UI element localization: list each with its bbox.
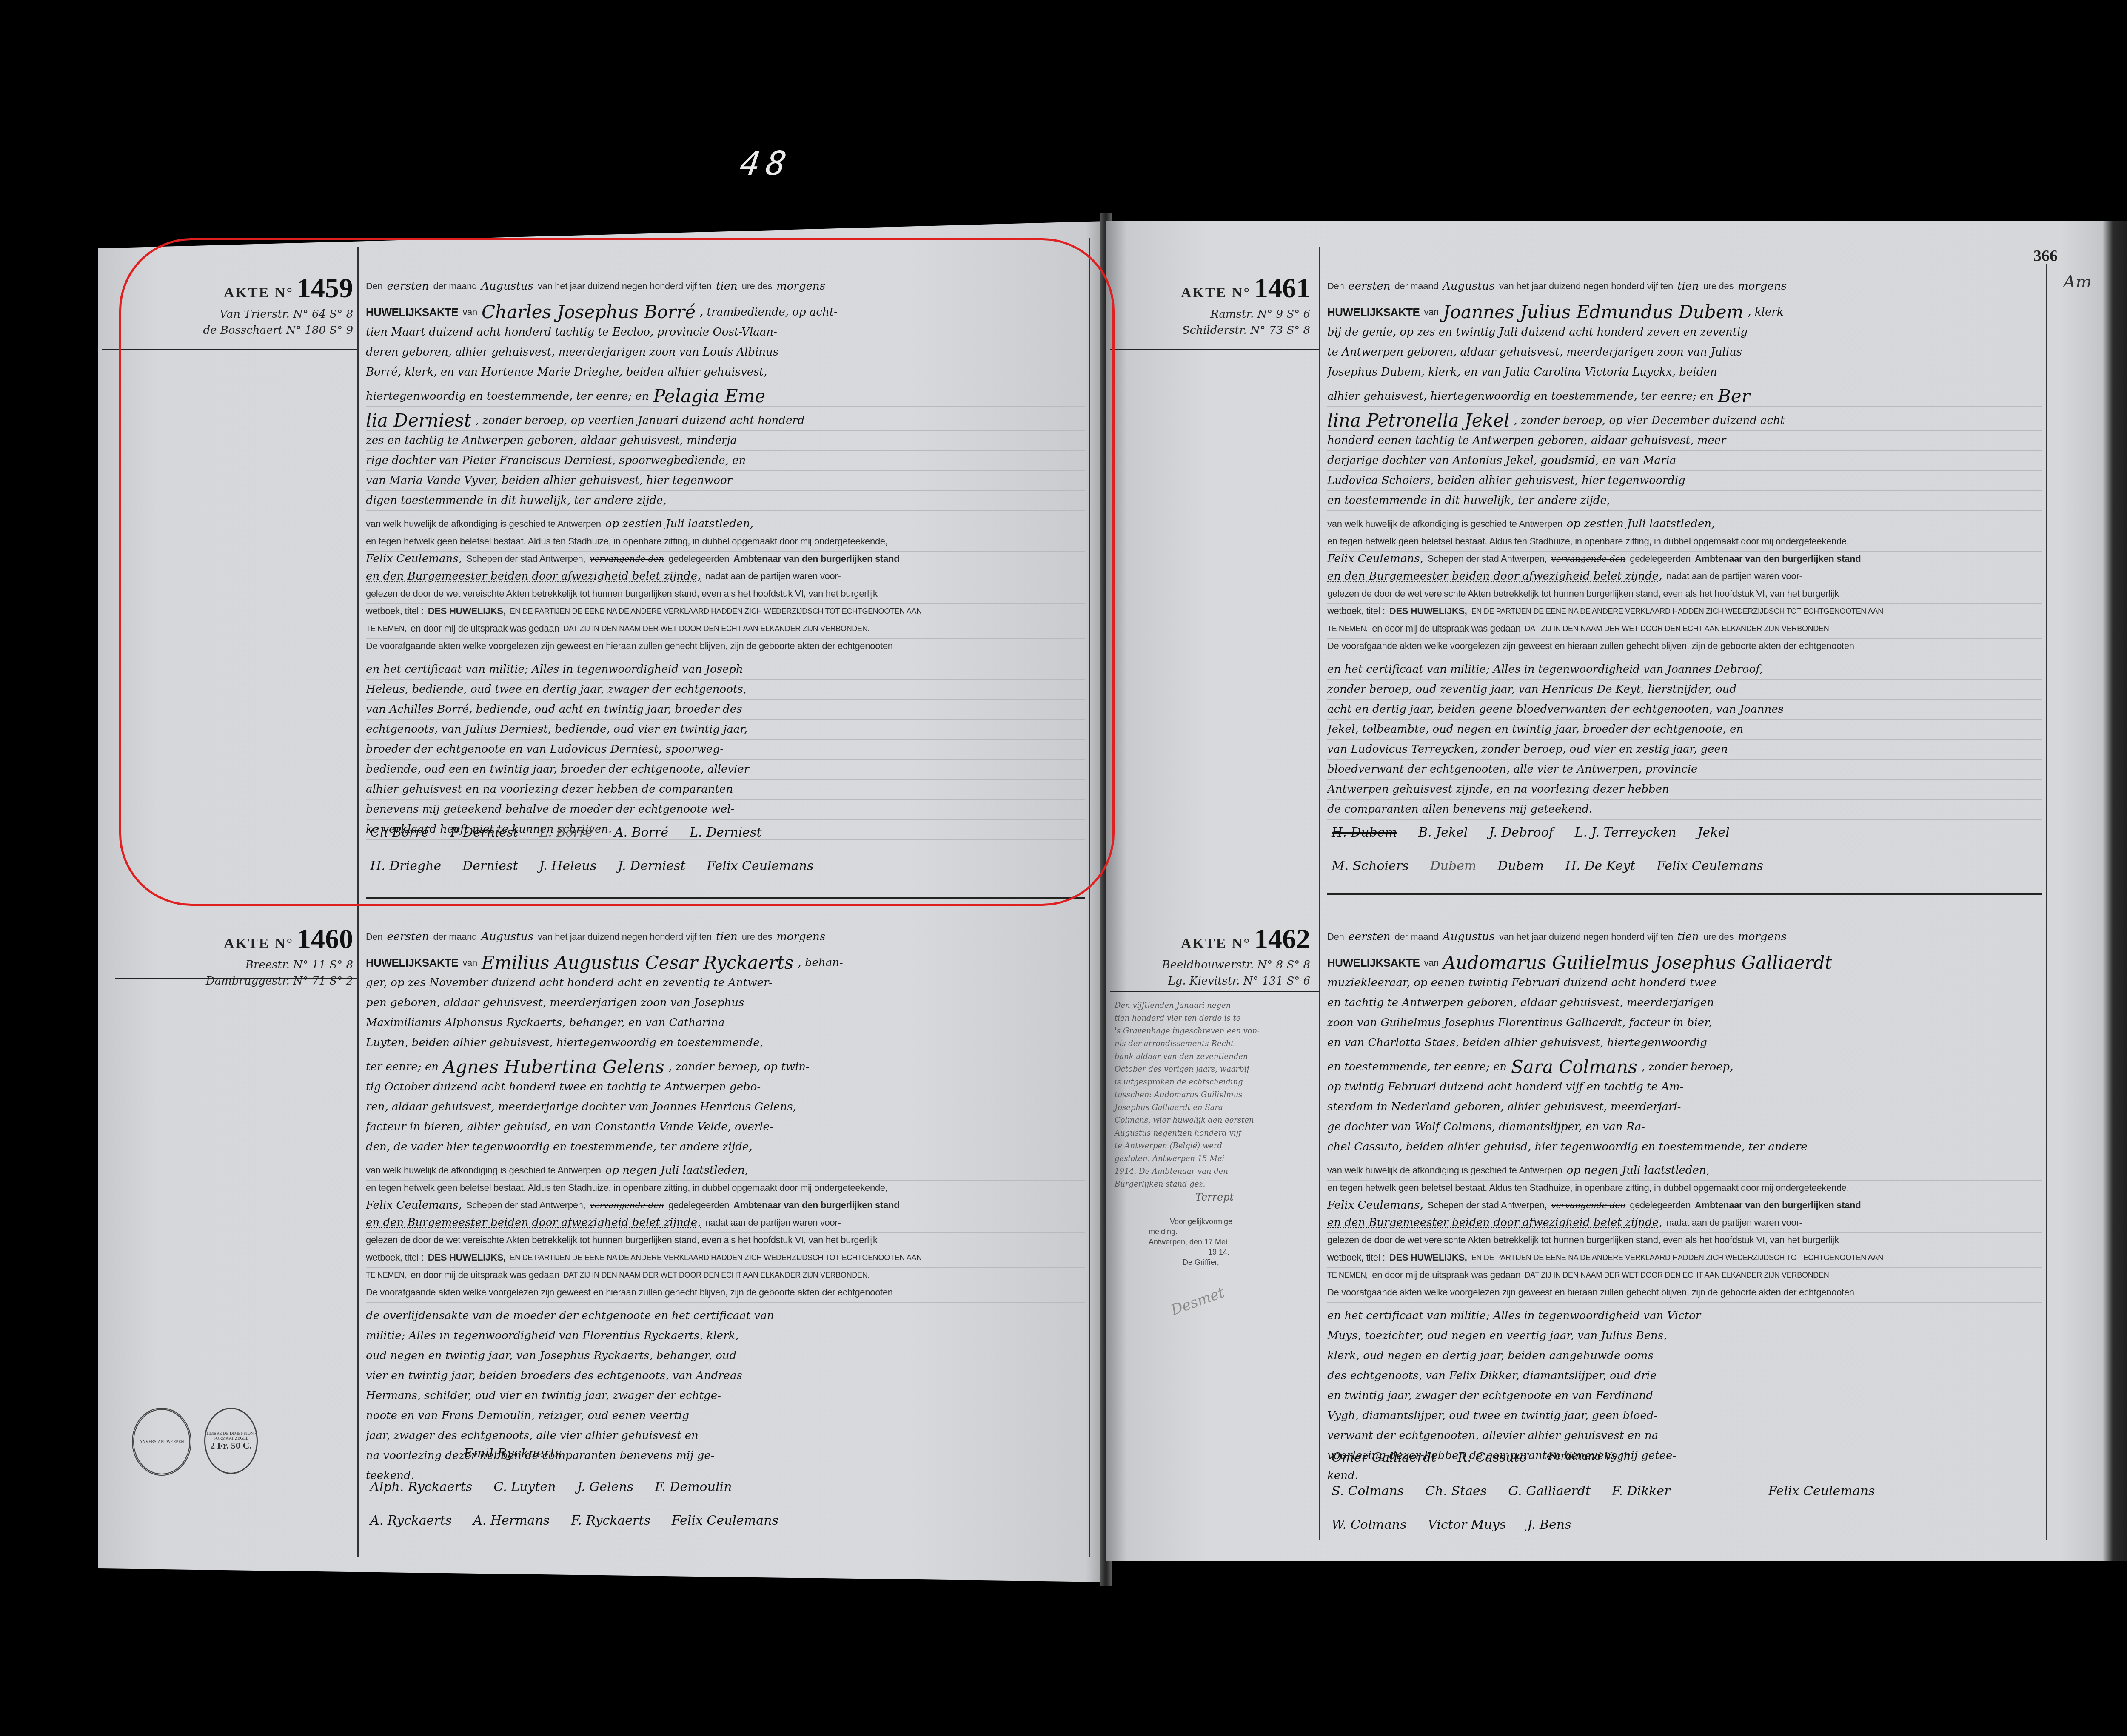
printed-text: ure des <box>742 927 772 947</box>
signature: Felix Ceulemans <box>1657 859 1763 874</box>
printed-line: De voorafgaande akten welke voorgelezen … <box>366 639 1085 656</box>
printed-text: en tegen hetwelk geen beletsel bestaat. … <box>1327 534 1849 551</box>
annotation-line: te Antwerpen (België) werd <box>1115 1140 1314 1153</box>
printed-line: TE NEMEN, en door mij de uitspraak was g… <box>1327 621 2042 639</box>
act-title: HUWELIJKSAKTE <box>366 953 458 973</box>
struck-text: vervangende den <box>1551 1198 1625 1215</box>
hw-line: derjarige dochter van Antonius Jekel, go… <box>1327 451 2042 471</box>
date-line: Den eersten der maand Augustus van het j… <box>1327 927 2042 947</box>
printed-line: en tegen hetwelk geen beletsel bestaat. … <box>1327 534 2042 552</box>
printed-text: der maand <box>433 927 477 947</box>
hw-line: deren geboren, alhier gehuisvest, meerde… <box>366 342 1085 362</box>
printed-line: wetboek, titel : DES HUWELIJKS, EN DE PA… <box>366 604 1085 621</box>
act-text: Den eersten der maand Augustus van het j… <box>366 927 1085 1486</box>
act-title: HUWELIJKSAKTE <box>1327 953 1420 973</box>
printed-line: en tegen hetwelk geen beletsel bestaat. … <box>366 1181 1085 1198</box>
hw-line: tien Maart duizend acht honderd tachtig … <box>366 322 1085 342</box>
printed-caps-text: DAT ZIJ IN DEN NAAM DER WET DOOR DEN ECH… <box>563 621 870 638</box>
handwritten-text: honderd eenen tachtig te Antwerpen gebor… <box>1327 431 1730 450</box>
address-line: Schilderstr. N° 73 S° 8 <box>1115 324 1310 337</box>
printed-caps-text: TE NEMEN, <box>1327 621 1368 638</box>
griffier-signature: Desmet <box>1169 1284 1227 1319</box>
bride-name: Sara Colmans <box>1511 1057 1637 1077</box>
handwritten-text: op zestien Juli laatstleden, <box>605 517 754 534</box>
handwritten-text: broeder der echtgenoote en van Ludovicus… <box>366 740 724 759</box>
annotation-line: is uitgesproken de echtscheiding <box>1115 1076 1314 1089</box>
tax-stamp: TIMBRE DE DIMENSION · FORMAAT ZEGEL 2 Fr… <box>204 1408 258 1474</box>
signature: Ch. Staes <box>1425 1484 1487 1499</box>
handwritten-text: noote en van Frans Demoulin, reiziger, o… <box>366 1406 689 1426</box>
printed-line: Felix Ceulemans, Schepen der stad Antwer… <box>1327 552 2042 569</box>
handwritten-text: ger, op zes November duizend acht honder… <box>366 973 773 993</box>
handwritten-period: morgens <box>1738 927 1787 947</box>
signature: L. Borré <box>539 825 593 840</box>
hw-line: alhier gehuisvest en na voorlezing dezer… <box>366 780 1085 800</box>
struck-text: vervangende den <box>1551 552 1625 569</box>
hw-line: ren, aldaar gehuisvest, meerderjarige do… <box>366 1097 1085 1117</box>
act-entry-1459: AKTE N°1459 Van Trierstr. N° 64 S° 8 de … <box>98 221 1106 902</box>
hw-line: de overlijdensakte van de moeder der ech… <box>366 1306 1085 1326</box>
hw-line: Josephus Dubem, klerk, en van Julia Caro… <box>1327 362 2042 382</box>
signature: Ferdinand Vygh <box>1548 1450 1630 1465</box>
printed-text: en door mij de uitspraak was gedaan <box>1372 1268 1520 1285</box>
handwritten-text: Borré, klerk, en van Hortence Marie Drie… <box>366 362 767 382</box>
handwritten-text: de comparanten allen benevens mij geteek… <box>1327 800 1592 819</box>
act-entry-1462: AKTE N°1462 Beeldhouwerstr. N° 8 S° 8 Lg… <box>1106 919 2127 1557</box>
handwritten-text: en van Charlotta Staes, beiden alhier ge… <box>1327 1033 1707 1053</box>
hw-line: broeder der echtgenoote en van Ludovicus… <box>366 740 1085 760</box>
hw-line: digen toestemmende in dit huwelijk, ter … <box>366 491 1085 511</box>
printed-text: wetboek, titel : <box>366 1250 424 1267</box>
register-book: AKTE N°1459 Van Trierstr. N° 64 S° 8 de … <box>85 213 2127 1599</box>
printed-line: Felix Ceulemans, Schepen der stad Antwer… <box>366 552 1085 569</box>
handwritten-text: klerk, oud negen en dertig jaar, beiden … <box>1327 1346 1654 1366</box>
handwritten-text: derjarige dochter van Antonius Jekel, go… <box>1327 451 1676 470</box>
handwritten-hour: tien <box>1677 276 1699 296</box>
printed-text: De voorafgaande akten welke voorgelezen … <box>1327 1285 1854 1302</box>
printed-text: van <box>1424 953 1439 973</box>
hw-line: oud negen en twintig jaar, van Josephus … <box>366 1346 1085 1366</box>
hw-line: lia Derniest , zonder beroep, op veertie… <box>366 407 1085 431</box>
hw-line: lina Petronella Jekel , zonder beroep, o… <box>1327 407 2042 431</box>
printed-text: en door mij de uitspraak was gedaan <box>411 1268 559 1285</box>
officer-name: Felix Ceulemans, <box>366 552 462 569</box>
akte-label: AKTE N° <box>224 285 294 301</box>
printed-text: der maand <box>1395 276 1438 296</box>
handwritten-text: Maximilianus Alphonsus Ryckaerts, behang… <box>366 1013 724 1033</box>
handwritten-text: deren geboren, alhier gehuisvest, meerde… <box>366 342 778 362</box>
handwritten-text: op negen Juli laatstleden, <box>1567 1163 1710 1180</box>
signature: C. Luyten <box>493 1480 556 1494</box>
handwritten-text: ge dochter van Wolf Colmans, diamantslij… <box>1327 1117 1645 1137</box>
title-line: HUWELIJKSAKTE van Charles Josephus Borré… <box>366 296 1085 322</box>
akte-label: AKTE N° <box>1181 285 1251 301</box>
hw-line: echtgenoots, van Julius Derniest, bedien… <box>366 720 1085 740</box>
annotation-line: gesloten. Antwerpen 15 Mei <box>1115 1153 1314 1165</box>
printed-line: en den Burgemeester beiden door afwezigh… <box>366 1215 1085 1233</box>
handwritten-text: rige dochter van Pieter Franciscus Derni… <box>366 451 746 470</box>
act-end-rule <box>366 897 1085 899</box>
griffier-stamp: Voor gelijkvormige melding. Antwerpen, d… <box>1149 1216 1276 1267</box>
printed-text: nadat aan de partijen waren voor- <box>1666 569 1802 586</box>
handwritten-text: Heleus, bediende, oud twee en dertig jaa… <box>366 680 747 699</box>
printed-text: De voorafgaande akten welke voorgelezen … <box>366 639 893 656</box>
handwritten-text: Vygh, diamantslijper, oud twee en twinti… <box>1327 1406 1657 1426</box>
frame-counter: 48 <box>738 145 795 183</box>
printed-line: De voorafgaande akten welke voorgelezen … <box>1327 1285 2042 1303</box>
signature: B. Jekel <box>1418 825 1468 840</box>
handwritten-day: eersten <box>1348 927 1390 947</box>
handwritten-text: digen toestemmende in dit huwelijk, ter … <box>366 491 667 510</box>
address-line: de Bosschaert N° 180 S° 9 <box>149 324 353 337</box>
seal-text: TIMBRE DE DIMENSION · FORMAAT ZEGEL <box>205 1431 257 1441</box>
printed-bold-text: Ambtenaar van den burgerlijken stand <box>1695 553 1861 564</box>
printed-text: Schepen der stad Antwerpen, <box>1428 552 1547 569</box>
signature: F. Dikker <box>1612 1484 1670 1499</box>
printed-text: van het jaar duizend negen honderd vijf … <box>1499 927 1673 947</box>
date-line: Den eersten der maand Augustus van het j… <box>1327 276 2042 296</box>
hw-line: Maximilianus Alphonsus Ryckaerts, behang… <box>366 1013 1085 1033</box>
hw-line: jaar, zwager des echtgenoots, alle vier … <box>366 1426 1085 1446</box>
date-line: Den eersten der maand Augustus van het j… <box>366 276 1085 296</box>
handwritten-text: zes en tachtig te Antwerpen geboren, ald… <box>366 431 741 450</box>
groom-name: Joannes Julius Edmundus Dubem <box>1443 302 1743 322</box>
handwritten-period: morgens <box>1738 276 1787 296</box>
printed-line: gelezen de door de wet vereischte Akten … <box>1327 586 2042 604</box>
hw-line: bediende, oud een en twintig jaar, broed… <box>366 760 1085 780</box>
handwritten-text: muziekleeraar, op eenen twintig Februari… <box>1327 973 1716 993</box>
printed-line: wetboek, titel : DES HUWELIJKS, EN DE PA… <box>1327 604 2042 621</box>
printed-caps-text: EN DE PARTIJEN DE EENE NA DE ANDERE VERK… <box>510 604 922 621</box>
act-entry-1461: AKTE N°1461 Ramstr. N° 9 S° 6 Schilderst… <box>1106 221 2127 902</box>
hw-line: vier en twintig jaar, beiden broeders de… <box>366 1366 1085 1386</box>
handwritten-text: en toestemmende in dit huwelijk, ter and… <box>1327 491 1610 510</box>
signature: R. Cassuto <box>1458 1450 1527 1465</box>
signature: Felix Ceulemans <box>672 1513 778 1528</box>
hw-line: en van Charlotta Staes, beiden alhier ge… <box>1327 1033 2042 1053</box>
printed-caps-text: DAT ZIJ IN DEN NAAM DER WET DOOR DEN ECH… <box>1525 621 1831 638</box>
printed-text: Schepen der stad Antwerpen, <box>1428 1198 1547 1215</box>
hw-line: noote en van Frans Demoulin, reiziger, o… <box>366 1406 1085 1426</box>
act-header: AKTE N°1462 Beeldhouwerstr. N° 8 S° 8 Lg… <box>1115 923 1310 988</box>
signature-block: Omer Galliaerdt R. Cassuto Ferdinand Vyg… <box>1332 1450 2033 1532</box>
handwritten-text: , klerk <box>1748 302 1783 322</box>
hw-line: Heleus, bediende, oud twee en dertig jaa… <box>366 680 1085 700</box>
hw-line: honderd eenen tachtig te Antwerpen gebor… <box>1327 431 2042 451</box>
hw-line: zes en tachtig te Antwerpen geboren, ald… <box>366 431 1085 451</box>
handwritten-text: en tachtig te Antwerpen geboren, aldaar … <box>1327 993 1714 1013</box>
printed-text: nadat aan de partijen waren voor- <box>1666 1215 1802 1232</box>
signature: J. Gelens <box>577 1480 634 1494</box>
printed-line: TE NEMEN, en door mij de uitspraak was g… <box>1327 1268 2042 1285</box>
handwritten-text: van Ludovicus Terreycken, zonder beroep,… <box>1327 740 1728 759</box>
handwritten-text: , trambediende, op acht- <box>700 302 838 322</box>
margin-annotation: Den vijftienden Januari negen tien honde… <box>1115 999 1314 1204</box>
printed-text: der maand <box>433 276 477 296</box>
address-line: Dambruggestr. N° 71 S° 2 <box>149 975 353 988</box>
bride-name: Pelagia Eme <box>653 387 765 406</box>
handwritten-text: zonder beroep, oud zeventig jaar, van He… <box>1327 680 1736 699</box>
annotation-line: tien honderd vier ten derde is te <box>1115 1012 1314 1025</box>
hw-line: de comparanten allen benevens mij geteek… <box>1327 800 2042 820</box>
printed-line: Felix Ceulemans, Schepen der stad Antwer… <box>366 1198 1085 1215</box>
handwritten-text: den, de vader hier tegenwoordig en toest… <box>366 1137 752 1157</box>
signature: Felix Ceulemans <box>1768 1484 1875 1499</box>
akte-number: 1460 <box>297 923 353 954</box>
address-line: Lg. Kievitstr. N° 131 S° 6 <box>1115 975 1310 988</box>
title-line: HUWELIJKSAKTE van Joannes Julius Edmundu… <box>1327 296 2042 322</box>
printed-text: nadat aan de partijen waren voor- <box>705 569 841 586</box>
akte-label: AKTE N° <box>1181 936 1251 951</box>
printed-text: van het jaar duizend negen honderd vijf … <box>1499 276 1673 296</box>
signature: A. Borré <box>614 825 668 840</box>
handwritten-text: oud negen en twintig jaar, van Josephus … <box>366 1346 736 1366</box>
municipal-seal-stamp: ANVERS-ANTWERPEN <box>132 1408 191 1476</box>
bride-name-cont: lina Petronella Jekel <box>1327 411 1509 430</box>
handwritten-text: en den Burgemeester beiden door afwezigh… <box>1327 569 1662 586</box>
printed-text: van welk huwelijk de afkondiging is gesc… <box>366 1163 601 1180</box>
hw-line: op twintig Februari duizend acht honderd… <box>1327 1077 2042 1097</box>
title-line: HUWELIJKSAKTE van Emilius Augustus Cesar… <box>366 947 1085 973</box>
officer-name: Felix Ceulemans, <box>1327 552 1423 569</box>
hw-line: en het certificaat van militie; Alles in… <box>366 660 1085 680</box>
handwritten-period: morgens <box>776 927 825 947</box>
printed-line: De voorafgaande akten welke voorgelezen … <box>1327 639 2042 656</box>
annotation-line: nis der arrondissements-Recht- <box>1115 1038 1314 1050</box>
handwritten-text: te Antwerpen geboren, aldaar gehuisvest,… <box>1327 342 1742 362</box>
struck-text: vervangende den <box>590 1198 664 1215</box>
printed-line: Felix Ceulemans, Schepen der stad Antwer… <box>1327 1198 2042 1215</box>
printed-bold-text: Ambtenaar van den burgerlijken stand <box>1695 1200 1861 1210</box>
hw-line: pen geboren, aldaar gehuisvest, meerderj… <box>366 993 1085 1013</box>
officer-name: Felix Ceulemans, <box>366 1198 462 1215</box>
hw-line: zoon van Guilielmus Josephus Florentinus… <box>1327 1013 2042 1033</box>
handwritten-month: Augustus <box>1443 927 1495 947</box>
signature: A. Hermans <box>473 1513 550 1528</box>
printed-text: van welk huwelijk de afkondiging is gesc… <box>366 517 601 534</box>
left-page: AKTE N°1459 Van Trierstr. N° 64 S° 8 de … <box>98 221 1106 1582</box>
act-header: AKTE N°1461 Ramstr. N° 9 S° 6 Schilderst… <box>1115 272 1310 337</box>
handwritten-period: morgens <box>776 276 825 296</box>
handwritten-text: op twintig Februari duizend acht honderd… <box>1327 1077 1683 1097</box>
hw-line: den, de vader hier tegenwoordig en toest… <box>366 1137 1085 1157</box>
printed-text: en door mij de uitspraak was gedaan <box>1372 621 1520 638</box>
handwritten-text: acht en dertig jaar, beiden geene bloedv… <box>1327 700 1784 719</box>
printed-line: van welk huwelijk de afkondiging is gesc… <box>1327 1163 2042 1181</box>
akte-label: AKTE N° <box>224 936 294 951</box>
act-title: HUWELIJKSAKTE <box>366 302 458 322</box>
handwritten-text: ren, aldaar gehuisvest, meerderjarige do… <box>366 1097 796 1117</box>
handwritten-text: Hermans, schilder, oud vier en twintig j… <box>366 1386 721 1406</box>
act-text: Den eersten der maand Augustus van het j… <box>1327 276 2042 820</box>
groom-name: Audomarus Guilielmus Josephus Galliaerdt <box>1443 953 1832 973</box>
handwritten-text: en den Burgemeester beiden door afwezigh… <box>366 569 701 586</box>
handwritten-month: Augustus <box>481 927 533 947</box>
printed-caps-text: DAT ZIJ IN DEN NAAM DER WET DOOR DEN ECH… <box>563 1268 870 1285</box>
handwritten-text: pen geboren, aldaar gehuisvest, meerderj… <box>366 993 744 1013</box>
hw-line: en het certificaat van militie; Alles in… <box>1327 1306 2042 1326</box>
printed-text: gedelegeerden <box>668 1198 729 1215</box>
handwritten-text: tien Maart duizend acht honderd tachtig … <box>366 322 777 342</box>
handwritten-hour: tien <box>716 276 738 296</box>
address-line: Van Trierstr. N° 64 S° 8 <box>149 308 353 321</box>
act-separator <box>115 978 357 979</box>
handwritten-text: bij de genie, op zes en twintig Juli dui… <box>1327 322 1748 342</box>
printed-line: van welk huwelijk de afkondiging is gesc… <box>366 1163 1085 1181</box>
printed-caps-text: EN DE PARTIJEN DE EENE NA DE ANDERE VERK… <box>1471 604 1883 621</box>
hw-line: rige dochter van Pieter Franciscus Derni… <box>366 451 1085 471</box>
signature: J. Heleus <box>539 859 597 874</box>
annotation-line: Augustus negentien honderd vijf <box>1115 1127 1314 1140</box>
printed-line: wetboek, titel : DES HUWELIJKS, EN DE PA… <box>1327 1250 2042 1268</box>
printed-text: gedelegeerden <box>668 552 729 569</box>
signature: Dubem <box>1497 859 1544 874</box>
hw-line: facteur in bieren, alhier gehuisd, en va… <box>366 1117 1085 1137</box>
printed-text: van het jaar duizend negen honderd vijf … <box>538 927 712 947</box>
stamp-line: 19 14. <box>1149 1247 1276 1257</box>
akte-number: 1459 <box>297 273 353 304</box>
act-header: AKTE N°1459 Van Trierstr. N° 64 S° 8 de … <box>149 272 353 337</box>
printed-line: en den Burgemeester beiden door afwezigh… <box>1327 1215 2042 1233</box>
handwritten-text: op zestien Juli laatstleden, <box>1567 517 1715 534</box>
handwritten-text: vier en twintig jaar, beiden broeders de… <box>366 1366 742 1386</box>
hw-line: zonder beroep, oud zeventig jaar, van He… <box>1327 680 2042 700</box>
handwritten-text: echtgenoots, van Julius Derniest, bedien… <box>366 720 747 739</box>
signature: H. Dubem <box>1332 825 1397 840</box>
printed-text: gedelegeerden <box>1630 1198 1691 1215</box>
handwritten-text: militie; Alles in tegenwoordigheid van F… <box>366 1326 739 1346</box>
hw-line: chel Cassuto, beiden alhier gehuisd, hie… <box>1327 1137 2042 1157</box>
printed-text: Den <box>366 276 382 296</box>
handwritten-text: van Achilles Borré, bediende, oud acht e… <box>366 700 742 719</box>
signature: W. Colmans <box>1332 1517 1406 1532</box>
printed-line: van welk huwelijk de afkondiging is gesc… <box>1327 517 2042 534</box>
stamp-line: Voor gelijkvormige <box>1149 1216 1276 1227</box>
handwritten-text: bloedverwant der echtgenooten, alle vier… <box>1327 760 1697 779</box>
title-line: HUWELIJKSAKTE van Audomarus Guilielmus J… <box>1327 947 2042 973</box>
signature: F. Demoulin <box>655 1480 732 1494</box>
printed-line: TE NEMEN, en door mij de uitspraak was g… <box>366 1268 1085 1285</box>
hw-line: acht en dertig jaar, beiden geene bloedv… <box>1327 700 2042 720</box>
handwritten-text: benevens mij geteekend behalve de moeder… <box>366 800 734 819</box>
hw-line: des echtgenoots, van Felix Dikker, diama… <box>1327 1366 2042 1386</box>
signature: Felix Ceulemans <box>707 859 813 874</box>
handwritten-text: en twintig jaar, zwager der echtgenoote … <box>1327 1386 1653 1406</box>
printed-text: gelezen de door de wet vereischte Akten … <box>366 586 878 603</box>
hw-line: van Achilles Borré, bediende, oud acht e… <box>366 700 1085 720</box>
signature-block: Ch Borré P Derniest L. Borré A. Borré L.… <box>370 825 1072 874</box>
signature: J. Derniest <box>618 859 685 874</box>
hw-line: Hermans, schilder, oud vier en twintig j… <box>366 1386 1085 1406</box>
hw-line: en het certificaat van militie; Alles in… <box>1327 660 2042 680</box>
annotation-line: tusschen: Audomarus Guilielmus <box>1115 1089 1314 1101</box>
signature: Alph. Ryckaerts <box>370 1480 472 1494</box>
hw-line: bij de genie, op zes en twintig Juli dui… <box>1327 322 2042 342</box>
act-separator <box>1110 349 1319 350</box>
printed-caps-text: TE NEMEN, <box>1327 1268 1368 1285</box>
handwritten-text: Antwerpen gehuisvest zijnde, en na voorl… <box>1327 780 1669 799</box>
address-line: Beeldhouwerstr. N° 8 S° 8 <box>1115 959 1310 971</box>
right-page: 366 Am AKTE N°1461 Ramstr. N° 9 S° 6 Sch… <box>1106 221 2127 1561</box>
signature: Ch Borré <box>370 825 429 840</box>
akte-number: 1462 <box>1254 923 1310 954</box>
hw-line: Muys, toezichter, oud negen en veertig j… <box>1327 1326 2042 1346</box>
signature: S. Colmans <box>1332 1484 1404 1499</box>
handwritten-text: des echtgenoots, van Felix Dikker, diama… <box>1327 1366 1657 1386</box>
hw-line: Luyten, beiden alhier gehuisvest, hierte… <box>366 1033 1085 1053</box>
handwritten-day: eersten <box>387 276 429 296</box>
hw-line: hiertegenwoordig en toestemmende, ter ee… <box>366 382 1085 407</box>
handwritten-text: en den Burgemeester beiden door afwezigh… <box>1327 1215 1662 1232</box>
printed-caps-text: TE NEMEN, <box>366 621 406 638</box>
handwritten-text: de overlijdensakte van de moeder der ech… <box>366 1306 774 1326</box>
handwritten-text: en het certificaat van militie; Alles in… <box>1327 660 1763 679</box>
printed-text: gelezen de door de wet vereischte Akten … <box>1327 1233 1839 1250</box>
hw-line: Antwerpen gehuisvest zijnde, en na voorl… <box>1327 780 2042 800</box>
bride-name: Ber <box>1718 387 1750 406</box>
printed-text: van welk huwelijk de afkondiging is gesc… <box>1327 1163 1562 1180</box>
hw-line: Ludovica Schoiers, beiden alhier gehuisv… <box>1327 471 2042 491</box>
hw-line: te Antwerpen geboren, aldaar gehuisvest,… <box>1327 342 2042 362</box>
groom-name: Emilius Augustus Cesar Ryckaerts <box>482 953 793 973</box>
signature: Derniest <box>462 859 518 874</box>
printed-text: Schepen der stad Antwerpen, <box>466 552 586 569</box>
annotation-line: 's Gravenhage ingeschreven een von- <box>1115 1025 1314 1038</box>
handwritten-text: tig October duizend acht honderd twee en… <box>366 1077 761 1097</box>
handwritten-text: op negen Juli laatstleden, <box>605 1163 748 1180</box>
handwritten-text: ter eenre; en <box>366 1057 439 1077</box>
act-separator <box>102 349 357 350</box>
hw-line: Vygh, diamantslijper, oud twee en twinti… <box>1327 1406 2042 1426</box>
printed-line: en tegen hetwelk geen beletsel bestaat. … <box>1327 1181 2042 1198</box>
handwritten-text: , zonder beroep, op twin- <box>669 1057 810 1077</box>
printed-text: De voorafgaande akten welke voorgelezen … <box>366 1285 893 1302</box>
handwritten-text: en het certificaat van militie; Alles in… <box>366 660 743 679</box>
printed-bold-text: Ambtenaar van den burgerlijken stand <box>733 553 899 564</box>
hw-line: ter eenre; en Agnes Hubertina Gelens , z… <box>366 1053 1085 1077</box>
hw-line: ge dochter van Wolf Colmans, diamantslij… <box>1327 1117 2042 1137</box>
akte-number: 1461 <box>1254 273 1310 304</box>
signature: M. Schoiers <box>1332 859 1409 874</box>
printed-bold-text: DES HUWELIJKS, <box>428 1252 506 1263</box>
printed-line: van welk huwelijk de afkondiging is gesc… <box>366 517 1085 534</box>
annotation-line: Burgerlijken stand gez. <box>1115 1178 1314 1191</box>
signature: P Derniest <box>450 825 518 840</box>
signature: J. Bens <box>1527 1517 1571 1532</box>
act-end-rule <box>1327 893 2042 895</box>
signature: A. Ryckaerts <box>370 1513 452 1528</box>
act-text: Den eersten der maand Augustus van het j… <box>366 276 1085 840</box>
signature: Emil Ryckaerts <box>464 1446 562 1461</box>
printed-text: van welk huwelijk de afkondiging is gesc… <box>1327 517 1562 534</box>
printed-text: gelezen de door de wet vereischte Akten … <box>366 1233 878 1250</box>
address-line: Ramstr. N° 9 S° 6 <box>1115 308 1310 321</box>
printed-text: wetboek, titel : <box>1327 604 1385 621</box>
handwritten-text: zoon van Guilielmus Josephus Florentinus… <box>1327 1013 1712 1033</box>
hw-line: en toestemmende, ter eenre; en Sara Colm… <box>1327 1053 2042 1077</box>
signature: F. Ryckaerts <box>571 1513 650 1528</box>
address-line: Breestr. N° 11 S° 8 <box>149 959 353 971</box>
printed-line: en tegen hetwelk geen beletsel bestaat. … <box>366 534 1085 552</box>
signature: G. Galliaerdt <box>1508 1484 1591 1499</box>
handwritten-text: facteur in bieren, alhier gehuisd, en va… <box>366 1117 773 1137</box>
groom-name: Charles Josephus Borré <box>482 302 696 322</box>
printed-caps-text: EN DE PARTIJEN DE EENE NA DE ANDERE VERK… <box>1471 1250 1883 1267</box>
seal-text: ANVERS-ANTWERPEN <box>140 1440 184 1444</box>
handwritten-text: sterdam in Nederland geboren, alhier geh… <box>1327 1097 1681 1117</box>
printed-text: Den <box>1327 927 1344 947</box>
printed-line: gelezen de door de wet vereischte Akten … <box>366 586 1085 604</box>
